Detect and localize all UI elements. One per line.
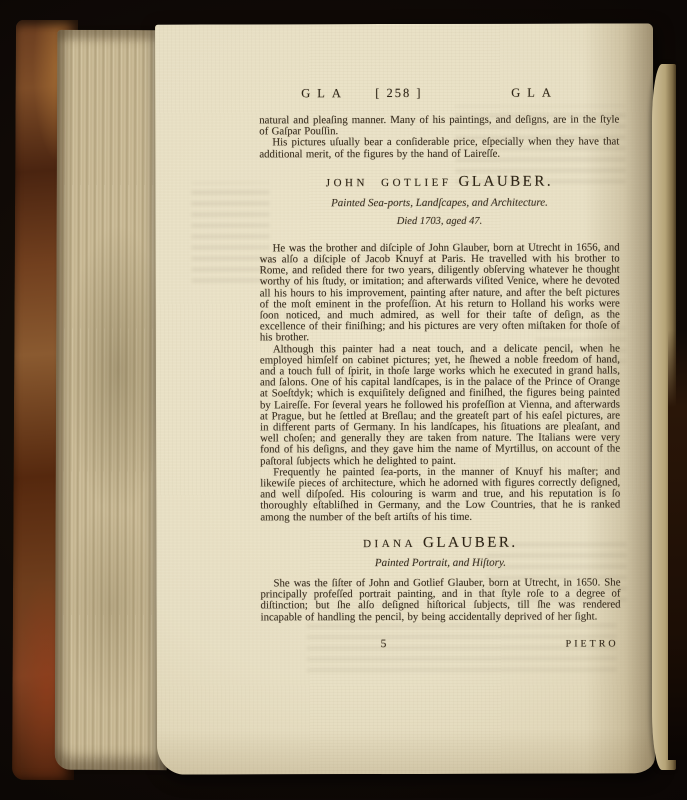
article-john-gotlief-glauber: JOHN GOTLIEFGLAUBER. Painted Sea-ports, … xyxy=(259,173,620,523)
running-head-right: GLA xyxy=(511,88,558,99)
book-page: GLA [ 258 ] GLA natural and pleaſing man… xyxy=(155,23,655,774)
catchword: PIETRO xyxy=(566,638,619,649)
article-paragraph: Although this painter had a neat touch, … xyxy=(260,343,620,467)
article-title-given-name: JOHN GOTLIEF xyxy=(326,177,452,189)
ink-show-through xyxy=(191,182,269,282)
article-subtitle: Painted Portrait, and Hiſtory. xyxy=(260,556,620,570)
page-stack-fore-edge xyxy=(55,30,170,770)
page-content: GLA [ 258 ] GLA natural and pleaſing man… xyxy=(259,87,620,653)
page-footer: 5 PIETRO xyxy=(261,638,621,653)
article-title: JOHN GOTLIEFGLAUBER. xyxy=(259,173,619,192)
continuation-paragraph: natural and pleaſing manner. Many of his… xyxy=(259,114,619,137)
article-title-surname: GLAUBER. xyxy=(423,535,518,551)
article-paragraph: He was the brother and diſciple of John … xyxy=(260,242,620,344)
signature-mark: 5 xyxy=(381,639,387,650)
article-diana-glauber: DIANAGLAUBER. Painted Portrait, and Hiſt… xyxy=(260,534,620,623)
page-number: [ 258 ] xyxy=(375,88,422,99)
article-subtitle: Painted Sea-ports, Landſcapes, and Archi… xyxy=(259,196,619,210)
death-note: Died 1703, aged 47. xyxy=(260,214,620,228)
running-head: GLA [ 258 ] GLA xyxy=(259,87,619,103)
article-title: DIANAGLAUBER. xyxy=(260,534,620,553)
article-title-surname: GLAUBER. xyxy=(458,173,553,189)
article-title-given-name: DIANA xyxy=(363,538,416,550)
binding-shadow xyxy=(668,330,687,760)
article-paragraph: Frequently he painted ſea-ports, in the … xyxy=(260,466,620,523)
article-paragraph: She was the ſiſter of John and Gotlief G… xyxy=(260,577,620,623)
book-photo: GLA [ 258 ] GLA natural and pleaſing man… xyxy=(0,0,687,800)
running-head-left: GLA xyxy=(301,88,348,99)
continuation-paragraph: His pictures uſually bear a conſiderable… xyxy=(259,137,619,160)
